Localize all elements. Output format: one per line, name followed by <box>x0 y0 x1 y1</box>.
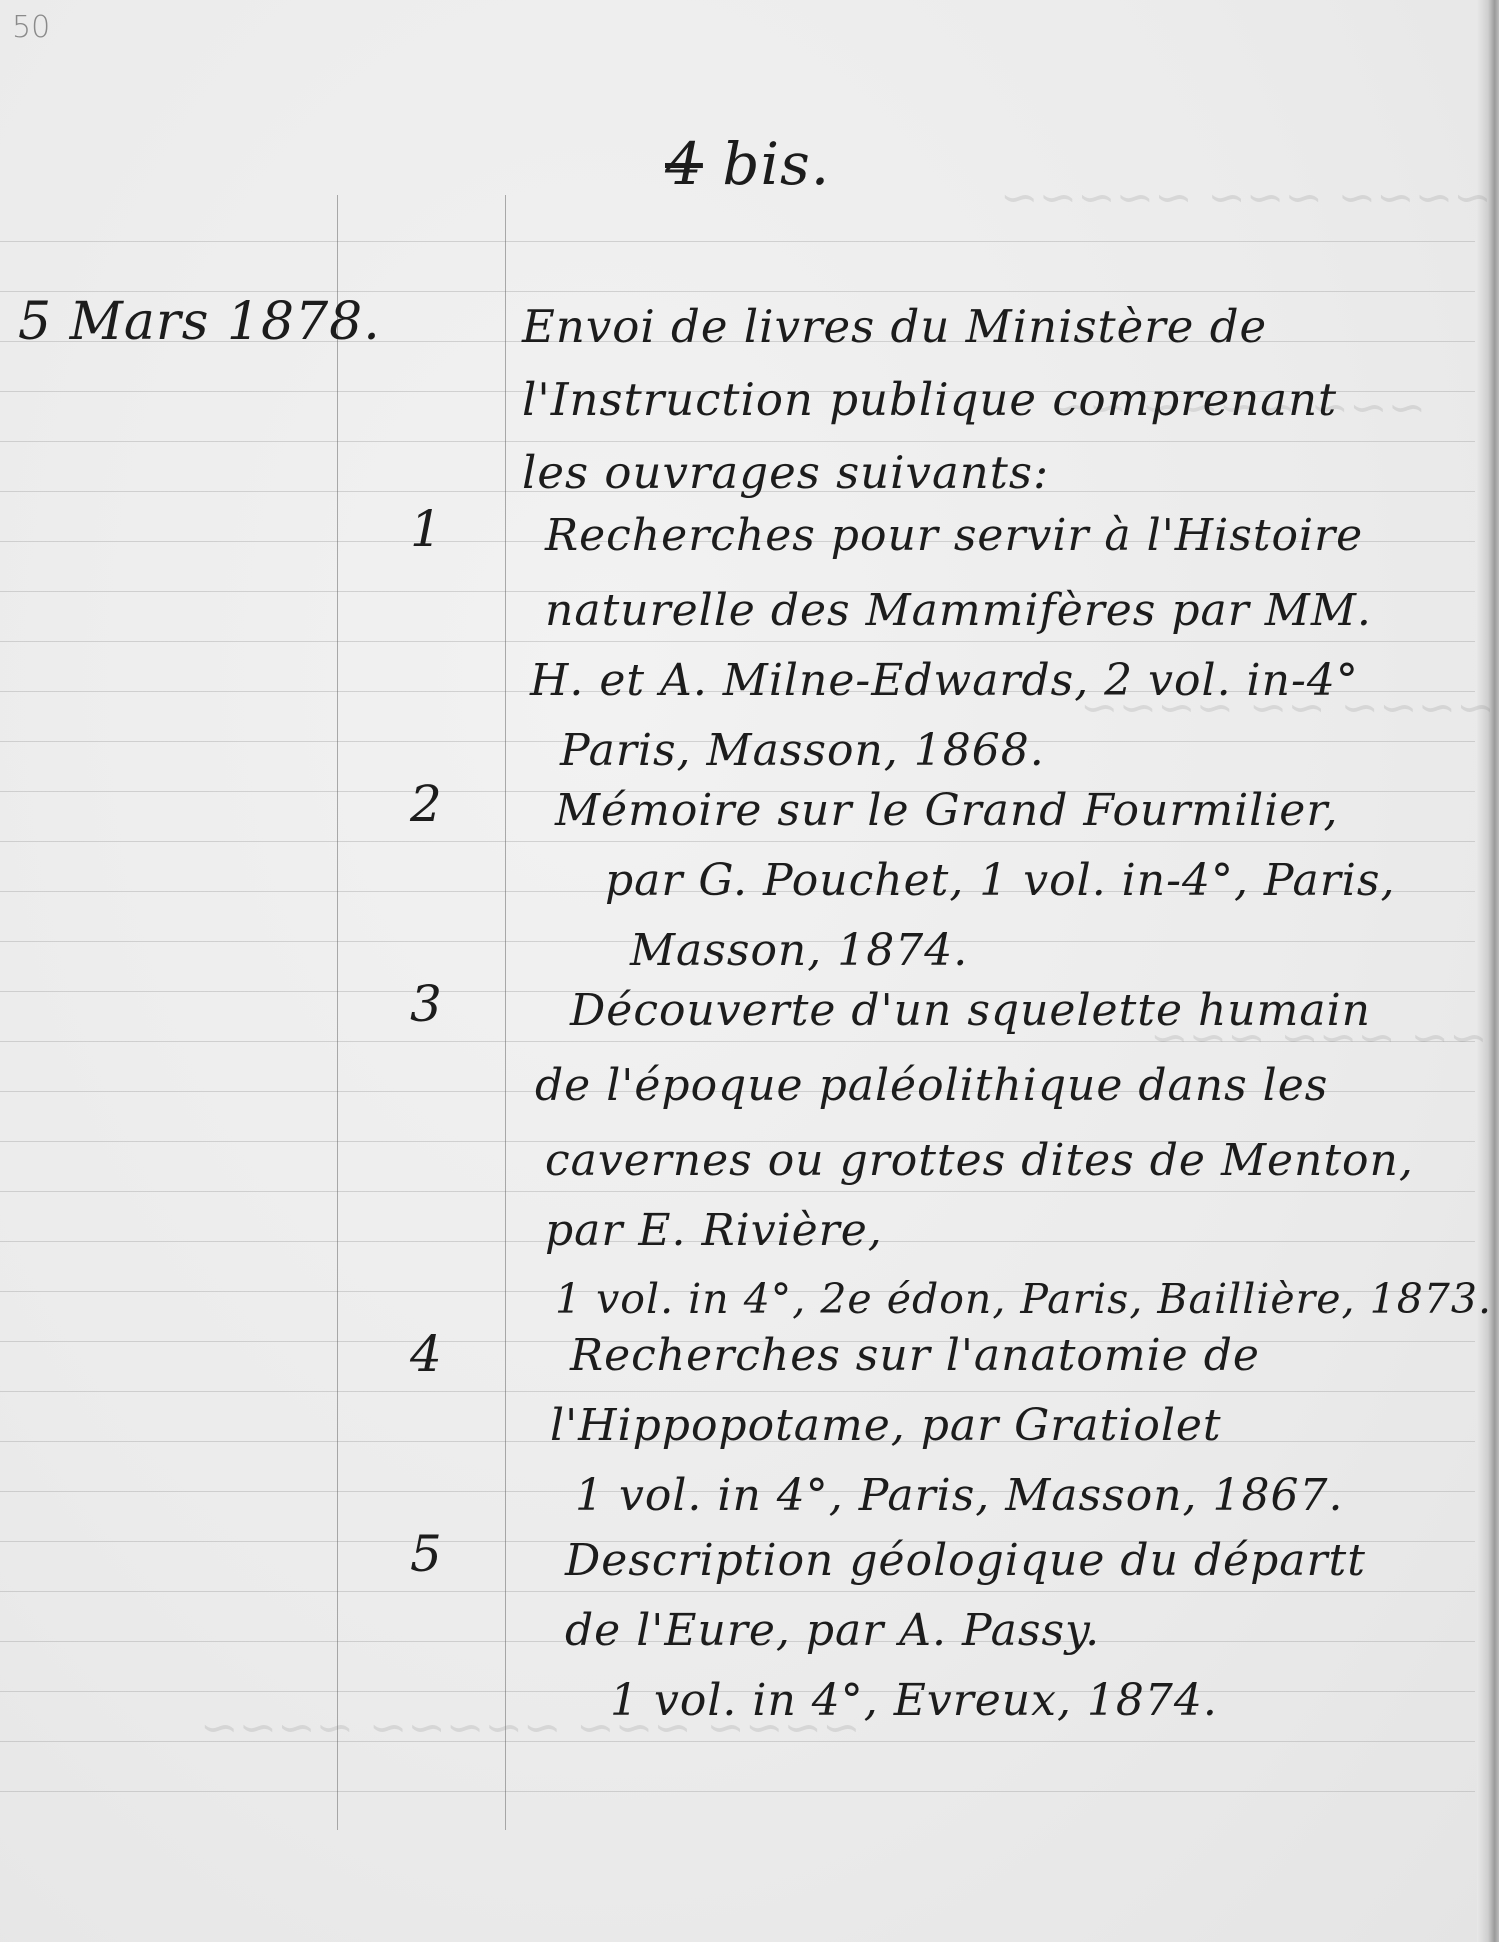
intro-line: Envoi de livres du Ministère de <box>522 300 1267 353</box>
item-line: cavernes ou grottes dites de Menton, <box>545 1135 1414 1186</box>
item-number: 2 <box>410 775 442 833</box>
item-line: Recherches pour servir à l'Histoire <box>545 510 1363 561</box>
margin-rule-left <box>337 195 338 1830</box>
item-number: 3 <box>410 975 442 1033</box>
item-line: H. et A. Milne-Edwards, 2 vol. in-4° <box>530 655 1359 706</box>
item-line: Découverte d'un squelette humain <box>570 985 1371 1036</box>
item-line: 1 vol. in 4°, Paris, Masson, 1867. <box>575 1470 1343 1521</box>
item-number: 5 <box>410 1525 442 1583</box>
item-line: Description géologique du départt <box>565 1535 1366 1586</box>
entry-date: 5 Mars 1878. <box>18 292 381 352</box>
title-number-struck: 4 <box>665 130 703 198</box>
item-line: par G. Pouchet, 1 vol. in-4°, Paris, <box>605 855 1395 906</box>
margin-rule-right <box>505 195 506 1830</box>
intro-line: les ouvrages suivants: <box>522 446 1049 499</box>
item-line: Paris, Masson, 1868. <box>560 725 1045 776</box>
page-binding-edge <box>1477 0 1499 1942</box>
item-line: de l'Eure, par A. Passy. <box>565 1605 1100 1656</box>
title-suffix: bis. <box>722 130 830 198</box>
item-line: 1 vol. in 4°, 2e édon, Paris, Baillière,… <box>555 1275 1492 1323</box>
item-line: Recherches sur l'anatomie de <box>570 1330 1260 1381</box>
item-line: de l'époque paléolithique dans les <box>535 1060 1328 1111</box>
intro-line: l'Instruction publique comprenant <box>522 373 1337 426</box>
item-number: 1 <box>410 500 442 558</box>
folio-number: 50 <box>12 10 50 45</box>
item-line: Masson, 1874. <box>630 925 968 976</box>
item-line: 1 vol. in 4°, Evreux, 1874. <box>610 1675 1218 1726</box>
item-number: 4 <box>410 1325 442 1383</box>
item-line: Mémoire sur le Grand Fourmilier, <box>555 785 1339 836</box>
item-line: l'Hippopotame, par Gratiolet <box>550 1400 1222 1451</box>
item-line: naturelle des Mammifères par MM. <box>545 585 1372 636</box>
item-line: par E. Rivière, <box>545 1205 883 1256</box>
bleed-through-text: ~~~~ ~~~ ~~~~~ <box>1000 170 1492 224</box>
page-title: 4 bis. <box>665 130 830 198</box>
